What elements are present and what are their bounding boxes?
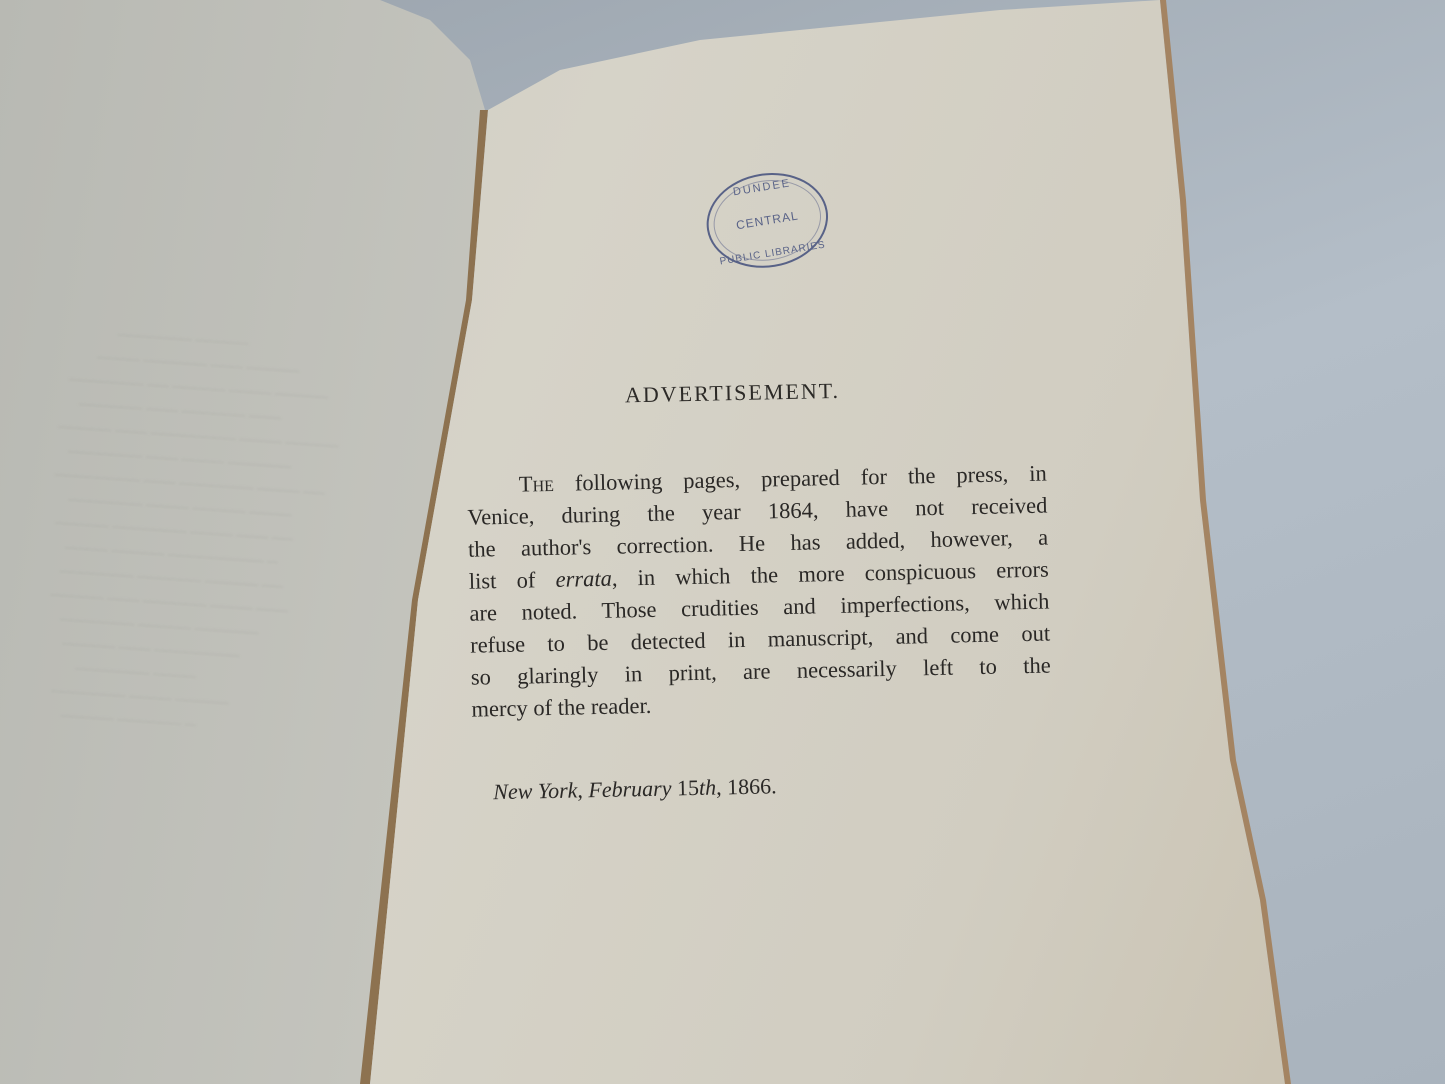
dateline-ordinal: th bbox=[699, 775, 717, 800]
page-heading: ADVERTISEMENT. bbox=[625, 378, 841, 408]
smallcaps-word: The bbox=[519, 471, 555, 497]
show-through-text: ─────── ───── ──── ────── ─── ───── ────… bbox=[26, 319, 384, 749]
dateline-year: 1866 bbox=[727, 773, 772, 799]
italic-word: errata bbox=[555, 566, 612, 592]
dateline-place: New York bbox=[493, 777, 578, 804]
dateline-month: February bbox=[588, 776, 672, 803]
book-photo: ─────── ───── ──── ────── ─── ───── ────… bbox=[0, 0, 1445, 1084]
advertisement-paragraph: The following pages, prepared for the pr… bbox=[466, 458, 1051, 726]
